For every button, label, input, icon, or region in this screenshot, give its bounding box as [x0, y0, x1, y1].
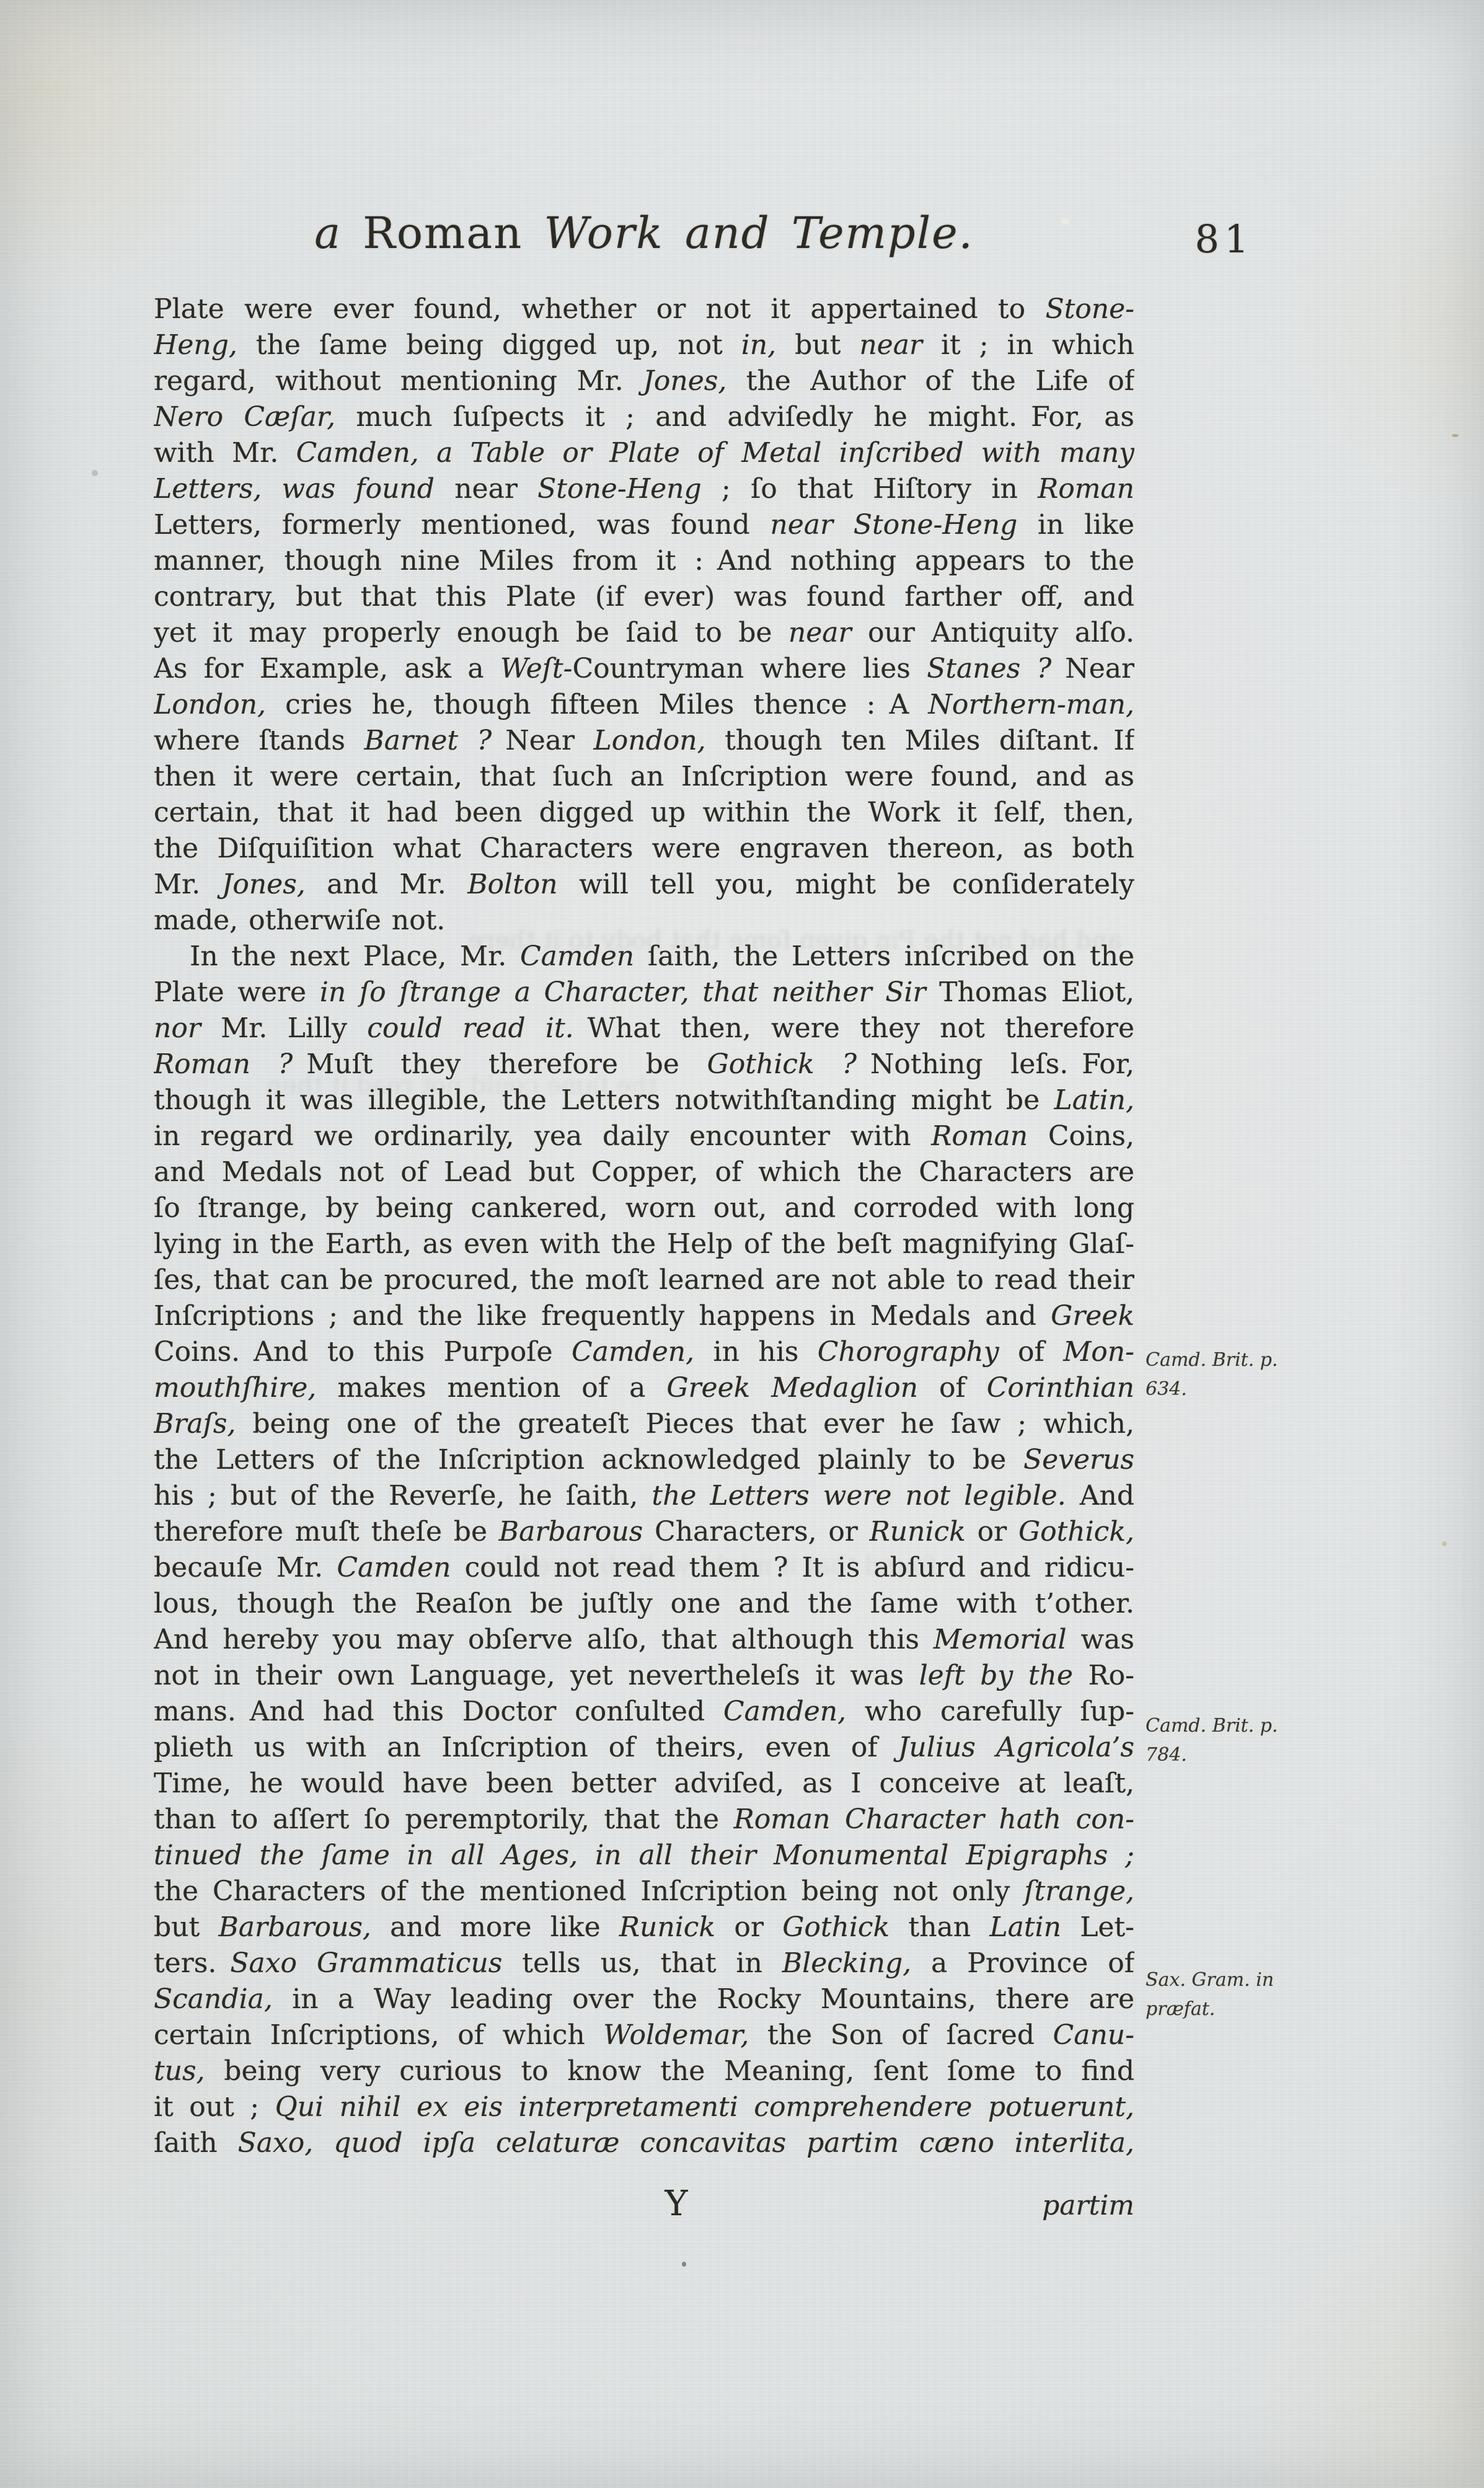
text-segment: ſo ſtrange, by being cankered, worn out,…: [154, 1192, 1134, 1224]
margin-note-line: præfat.: [1146, 1994, 1325, 2024]
text-line: ters. Saxo Grammaticus tells us, that in…: [154, 1946, 1134, 1981]
text-line: than to aſſert ſo peremptorily, that the…: [154, 1802, 1134, 1838]
text-line: where ſtands Barnet ? Near London, thoug…: [154, 723, 1134, 759]
text-segment: a Province of: [911, 1947, 1134, 1979]
text-segment: makes mention of a: [316, 1372, 666, 1404]
text-segment: Mr. Lilly: [201, 1012, 367, 1044]
text-line: lying in the Earth, as even with the Hel…: [154, 1226, 1134, 1262]
text-segment: and Medals not of Lead but Copper, of wh…: [154, 1156, 1134, 1188]
text-line: Nero Cæſar, much ſuſpects it ; and adviſ…: [154, 399, 1134, 435]
text-segment: Near: [1051, 653, 1134, 684]
text-segment: or: [966, 1516, 1018, 1547]
text-segment: Mr.: [154, 869, 222, 900]
text-line: certain Inſcriptions, of which Woldemar,…: [154, 2017, 1134, 2053]
text-line: ſes, that can be procured, the moſt lear…: [154, 1262, 1134, 1298]
text-segment: Camden,: [723, 1696, 846, 1727]
text-segment: Letters, formerly mentioned, was found: [154, 509, 770, 541]
text-segment: plieth us with an Inſcription of theirs,…: [154, 1732, 898, 1763]
ink-speck: [92, 470, 98, 476]
text-segment: Stone-: [1045, 293, 1134, 325]
text-line: regard, without mentioning Mr. Jones, th…: [154, 363, 1134, 399]
text-segment: Thomas Eliot,: [926, 976, 1135, 1008]
text-segment: ters.: [154, 1947, 230, 1979]
text-segment: tinued the ſame in all Ages, in all thei…: [154, 1839, 1134, 1871]
catchword: partim: [930, 2187, 1134, 2225]
ink-speck: [1442, 1541, 1447, 1546]
text-segment: mouthſhire,: [154, 1372, 316, 1404]
text-segment: in a Way leading over the Rocky Mountain…: [273, 1983, 1134, 2015]
text-segment: Roman: [1038, 473, 1134, 505]
text-line: then it were certain, that ſuch an Inſcr…: [154, 759, 1134, 795]
text-line: it out ; Qui nihil ex eis interpretament…: [154, 2089, 1134, 2125]
text-segment: Camden,: [572, 1336, 694, 1368]
text-segment: with Mr.: [154, 437, 296, 469]
text-segment: manner, though nine Miles from it : And …: [154, 545, 1134, 577]
text-segment: Barbarous: [499, 1516, 643, 1547]
text-segment: Plate were ever found, whether or not it…: [154, 293, 1045, 325]
text-line: Plate were ever found, whether or not it…: [154, 291, 1134, 327]
margin-note: Camd. Brit. p.634.: [1146, 1345, 1325, 1404]
text-segment: Saxo, quod ipſa celaturæ concavitas part…: [238, 2127, 1134, 2159]
text-line: Plate were in ſo ſtrange a Character, th…: [154, 975, 1134, 1011]
text-segment: Gothick ?: [707, 1048, 857, 1080]
text-segment: where ſtands: [154, 725, 364, 756]
text-line: Coins. And to this Purpoſe Camden, in hi…: [154, 1334, 1134, 1370]
text-segment: Saxo Grammaticus: [230, 1947, 502, 1979]
text-line: in regard we ordinarily, yea daily encou…: [154, 1118, 1134, 1154]
text-segment: Roman: [931, 1120, 1028, 1152]
text-segment: Latin,: [1054, 1084, 1134, 1116]
text-segment: Roman ?: [154, 1048, 293, 1080]
text-segment: being very curious to know the Meaning, …: [205, 2055, 1134, 2087]
text-line: the Letters of the Inſcription acknowled…: [154, 1442, 1134, 1478]
text-segment: Time, he would have been better adviſed,…: [154, 1768, 1134, 1799]
text-segment: therefore muſt theſe be: [154, 1516, 499, 1547]
text-segment: it out ;: [154, 2091, 275, 2123]
text-segment: Barnet ?: [364, 725, 492, 756]
text-segment: regard, without mentioning Mr.: [154, 365, 643, 397]
text-segment: could read it.: [367, 1012, 573, 1044]
text-line: In the next Place, Mr. Camden ſaith, the…: [154, 939, 1134, 975]
margin-note-line: Camd. Brit. p.: [1146, 1711, 1325, 1740]
text-line: Braſs, being one of the greateſt Pieces …: [154, 1406, 1134, 1442]
text-segment: Chorography: [818, 1336, 999, 1368]
text-segment: of: [999, 1336, 1064, 1368]
text-segment: Braſs,: [154, 1408, 236, 1440]
text-line: contrary, but that this Plate (if ever) …: [154, 579, 1134, 615]
text-segment: mans. And had this Doctor conſulted: [154, 1696, 723, 1727]
text-segment: Woldemar,: [603, 2019, 749, 2051]
text-segment: being one of the greateſt Pieces that ev…: [236, 1408, 1134, 1440]
text-segment: near: [435, 473, 537, 505]
text-segment: it ; in which: [922, 329, 1134, 361]
text-segment: in ſo ſtrange a Character, that neither …: [320, 976, 926, 1008]
text-segment: in like: [1017, 509, 1134, 541]
text-segment: And: [1066, 1480, 1134, 1512]
text-segment: certain Inſcriptions, of which: [154, 2019, 603, 2051]
text-segment: Barbarous,: [218, 1911, 371, 1943]
text-segment: lying in the Earth, as even with the Hel…: [154, 1228, 1134, 1260]
text-segment: but: [154, 1911, 218, 1943]
text-segment: Coins. And to this Purpoſe: [154, 1336, 572, 1368]
header-title-segment: Roman: [363, 208, 544, 259]
paragraph: In the next Place, Mr. Camden ſaith, the…: [154, 939, 1134, 2161]
text-line: Heng, the ſame being digged up, not in, …: [154, 327, 1134, 363]
text-segment: Roman Character hath con-: [734, 1804, 1134, 1835]
text-line: Scandia, in a Way leading over the Rocky…: [154, 1981, 1134, 2017]
text-segment: though ten Miles diſtant. If: [706, 725, 1134, 756]
text-line: manner, though nine Miles from it : And …: [154, 543, 1134, 579]
text-segment: Greek: [1051, 1300, 1134, 1332]
text-segment: Blecking,: [782, 1947, 911, 1979]
text-segment: becauſe Mr.: [154, 1552, 337, 1583]
text-segment: the Author of the Life of: [727, 365, 1134, 397]
text-segment: contrary, but that this Plate (if ever) …: [154, 581, 1134, 613]
text-segment: Corinthian: [987, 1372, 1134, 1404]
text-segment: Runick: [870, 1516, 966, 1547]
text-segment: could not read them ? It is abſurd and r…: [451, 1552, 1134, 1583]
text-segment: the Characters of the mentioned Inſcript…: [154, 1875, 1024, 1907]
text-segment: and more like: [371, 1911, 619, 1943]
text-segment: London,: [154, 689, 266, 720]
text-segment: who carefully ſup-: [846, 1696, 1134, 1727]
text-segment: ſaith, the Letters inſcribed on the: [634, 941, 1134, 972]
text-segment: ; ſo that Hiſtory in: [702, 473, 1038, 505]
text-line: the Characters of the mentioned Inſcript…: [154, 1874, 1134, 1910]
text-segment: Camden, a Table or Plate of Metal inſcri…: [296, 437, 1134, 469]
text-segment: London,: [594, 725, 706, 756]
text-line: mouthſhire, makes mention of a Greek Med…: [154, 1370, 1134, 1406]
ink-speck: [682, 2262, 686, 2267]
text-line: nor Mr. Lilly could read it. What then, …: [154, 1011, 1134, 1047]
paragraph: Plate were ever found, whether or not it…: [154, 291, 1134, 939]
text-segment: his ; but of the Reverſe, he ſaith,: [154, 1480, 651, 1512]
text-line: Roman ? Muſt they therefore be Gothick ?…: [154, 1047, 1134, 1082]
text-segment: ſes, that can be procured, the moſt lear…: [154, 1264, 1134, 1296]
text-line: lous, though the Reaſon be juſtly one an…: [154, 1586, 1134, 1622]
text-segment: or: [715, 1911, 782, 1943]
text-line: ſo ſtrange, by being cankered, worn out,…: [154, 1190, 1134, 1226]
text-segment: yet it may properly enough be ſaid to be: [154, 617, 788, 649]
text-line: but Barbarous, and more like Runick or G…: [154, 1910, 1134, 1946]
running-header: a Roman Work and Temple.: [154, 202, 1134, 264]
text-line: Time, he would have been better adviſed,…: [154, 1766, 1134, 1802]
text-line: made, otherwiſe not.: [154, 903, 1134, 939]
margin-note-line: 634.: [1146, 1375, 1325, 1404]
text-segment: Camden: [520, 941, 634, 972]
text-segment: Coins,: [1028, 1120, 1134, 1152]
page-number: 81: [1178, 210, 1271, 269]
text-line: London, cries he, though fifteen Miles t…: [154, 687, 1134, 723]
text-segment: cries he, though fifteen Miles thence : …: [266, 689, 928, 720]
text-segment: ſtrange,: [1024, 1875, 1134, 1907]
text-line: ſaith Saxo, quod ipſa celaturæ concavita…: [154, 2125, 1134, 2161]
text-segment: the Son of ſacred: [749, 2019, 1053, 2051]
text-line: and Medals not of Lead but Copper, of wh…: [154, 1154, 1134, 1190]
text-segment: What then, were they not therefore: [574, 1012, 1134, 1044]
text-segment: the ſame being digged up, not: [237, 329, 741, 361]
text-segment: Gothick,: [1018, 1516, 1134, 1547]
text-segment: Greek Medaglion: [666, 1372, 918, 1404]
text-segment: and Mr.: [306, 869, 467, 900]
text-segment: Ro-: [1073, 1660, 1134, 1691]
text-segment: In the next Place, Mr.: [190, 941, 520, 972]
text-segment: Scandia,: [154, 1983, 273, 2015]
text-segment: Heng,: [154, 329, 237, 361]
text-segment: Inſcriptions ; and the like frequently h…: [154, 1300, 1051, 1332]
text-segment: Qui nihil ex eis interpretamenti compreh…: [275, 2091, 1134, 2123]
text-segment: As for Example, ask a: [154, 653, 500, 684]
margin-note-line: Sax. Gram. in: [1146, 1965, 1325, 1994]
margin-note-line: Camd. Brit. p.: [1146, 1345, 1325, 1375]
text-segment: Muſt they therefore be: [293, 1048, 707, 1080]
text-segment: Countryman where lies: [572, 653, 927, 684]
text-segment: in his: [694, 1336, 818, 1368]
text-line: tinued the ſame in all Ages, in all thei…: [154, 1838, 1134, 1874]
text-segment: in regard we ordinarily, yea daily encou…: [154, 1120, 931, 1152]
header-title-segment: Work and Temple.: [544, 208, 974, 259]
text-segment: Weſt-: [500, 653, 573, 684]
text-segment: will tell you, might be conſiderately: [558, 869, 1134, 900]
text-segment: than: [890, 1911, 989, 1943]
text-segment: then it were certain, that ſuch an Inſcr…: [154, 761, 1134, 792]
text-line: with Mr. Camden, a Table or Plate of Met…: [154, 435, 1134, 471]
text-segment: ſaith: [154, 2127, 238, 2159]
text-segment: Bolton: [467, 869, 557, 900]
text-segment: Gothick: [782, 1911, 890, 1943]
text-line: And hereby you may obſerve alſo, that al…: [154, 1622, 1134, 1658]
text-line: Mr. Jones, and Mr. Bolton will tell you,…: [154, 867, 1134, 903]
signature-mark: Y: [645, 2182, 707, 2226]
text-segment: Plate were: [154, 976, 320, 1008]
text-segment: much ſuſpects it ; and adviſedly he migh…: [335, 401, 1134, 433]
text-segment: left by the: [919, 1660, 1073, 1691]
text-segment: Runick: [619, 1911, 715, 1943]
text-line: therefore muſt theſe be Barbarous Charac…: [154, 1514, 1134, 1550]
text-segment: Characters, or: [643, 1516, 869, 1547]
scanned-book-page: a Roman Work and Temple. 81 Plate were e…: [0, 0, 1484, 2488]
text-segment: Severus: [1023, 1444, 1134, 1476]
text-segment: the Letters were not legible.: [651, 1480, 1066, 1512]
text-segment: than to aſſert ſo peremptorily, that the: [154, 1804, 734, 1835]
text-segment: near Stone-Heng: [770, 509, 1017, 541]
text-segment: not in their own Language, yet neverthel…: [154, 1660, 919, 1691]
text-segment: Jones,: [643, 365, 727, 397]
text-segment: near: [788, 617, 852, 649]
text-segment: made, otherwiſe not.: [154, 905, 445, 936]
ink-speck: [1452, 434, 1459, 437]
text-line: his ; but of the Reverſe, he ſaith, the …: [154, 1478, 1134, 1514]
text-segment: Let-: [1061, 1911, 1134, 1943]
text-segment: Nero Cæſar,: [154, 401, 335, 433]
text-segment: And hereby you may obſerve alſo, that al…: [154, 1624, 934, 1655]
text-line: not in their own Language, yet neverthel…: [154, 1658, 1134, 1694]
text-segment: but: [776, 329, 859, 361]
text-segment: Memorial: [934, 1624, 1067, 1655]
text-segment: Northern-man,: [928, 689, 1134, 720]
text-line: plieth us with an Inſcription of theirs,…: [154, 1730, 1134, 1766]
text-line: As for Example, ask a Weſt-Countryman wh…: [154, 651, 1134, 687]
margin-note: Sax. Gram. inpræfat.: [1146, 1965, 1325, 2024]
text-segment: Canu-: [1053, 2019, 1134, 2051]
text-segment: Near: [492, 725, 593, 756]
text-segment: near: [859, 329, 922, 361]
text-segment: the Letters of the Inſcription acknowled…: [154, 1444, 1023, 1476]
text-line: the Diſquiſition what Characters were en…: [154, 831, 1134, 867]
text-segment: tus,: [154, 2055, 205, 2087]
text-segment: of: [918, 1372, 987, 1404]
text-segment: the Diſquiſition what Characters were en…: [154, 833, 1134, 864]
text-segment: Nothing leſs. For,: [857, 1048, 1134, 1080]
text-segment: Jones,: [222, 869, 306, 900]
text-segment: in,: [741, 329, 776, 361]
text-line: Letters, was found near Stone-Heng ; ſo …: [154, 471, 1134, 507]
margin-note: Camd. Brit. p.784.: [1146, 1711, 1325, 1769]
text-segment: Stone-Heng: [537, 473, 701, 505]
text-line: Inſcriptions ; and the like frequently h…: [154, 1298, 1134, 1334]
header-title-segment: a: [314, 208, 363, 259]
text-line: certain, that it had been digged up with…: [154, 795, 1134, 831]
text-segment: Stanes ?: [927, 653, 1051, 684]
text-line: becauſe Mr. Camden could not read them ?…: [154, 1550, 1134, 1586]
text-segment: Julius Agricola’s: [898, 1732, 1134, 1763]
text-line: Letters, formerly mentioned, was found n…: [154, 507, 1134, 543]
text-segment: nor: [154, 1012, 201, 1044]
text-segment: certain, that it had been digged up with…: [154, 797, 1134, 828]
text-segment: lous, though the Reaſon be juſtly one an…: [154, 1588, 1134, 1619]
text-segment: Latin: [989, 1911, 1061, 1943]
text-line: though it was illegible, the Letters not…: [154, 1082, 1134, 1118]
text-block: Plate were ever found, whether or not it…: [154, 291, 1134, 2161]
text-line: mans. And had this Doctor conſulted Camd…: [154, 1694, 1134, 1730]
text-segment: Camden: [337, 1552, 451, 1583]
text-segment: Letters, was found: [154, 473, 435, 505]
margin-note-line: 784.: [1146, 1740, 1325, 1769]
text-segment: was: [1067, 1624, 1134, 1655]
text-segment: our Antiquity alſo.: [852, 617, 1134, 649]
text-segment: Mon-: [1063, 1336, 1134, 1368]
text-segment: though it was illegible, the Letters not…: [154, 1084, 1054, 1116]
text-segment: tells us, that in: [502, 1947, 782, 1979]
text-line: yet it may properly enough be ſaid to be…: [154, 615, 1134, 651]
text-line: tus, being very curious to know the Mean…: [154, 2053, 1134, 2089]
